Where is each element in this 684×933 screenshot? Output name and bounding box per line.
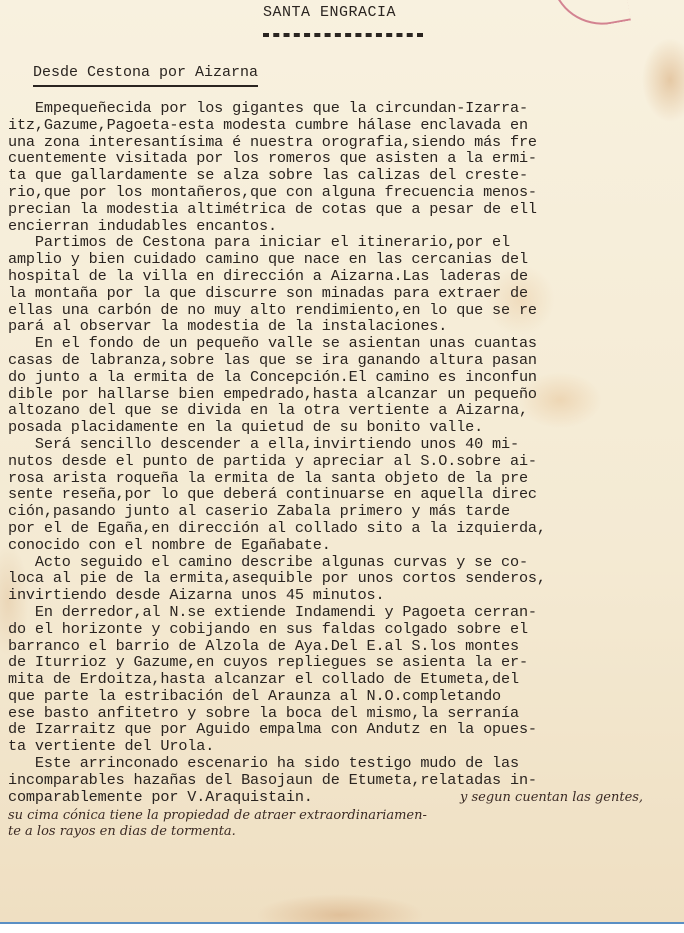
- text-line: mita de Erdoitza,hasta alcanzar el colla…: [8, 671, 684, 688]
- text-line: hospital de la villa en dirección a Aiza…: [8, 268, 684, 285]
- text-line: itz,Gazume,Pagoeta-esta modesta cumbre h…: [8, 117, 684, 134]
- text-line: rosa arista roqueña la ermita de la sant…: [8, 470, 684, 487]
- handwritten-line: te a los rayos en dias de tormenta.: [8, 824, 684, 840]
- text-line: invirtiendo desde Aizarna unos 45 minuto…: [8, 587, 684, 604]
- text-line: barranco el barrio de Alzola de Aya.Del …: [8, 638, 684, 655]
- text-line: nutos desde el punto de partida y apreci…: [8, 453, 684, 470]
- document-title: SANTA ENGRACIA: [263, 4, 396, 21]
- handwritten-inline-note: y segun cuentan las gentes,: [460, 790, 643, 805]
- text-line: dible por hallarse bien empedrado,hasta …: [8, 386, 684, 403]
- text-line: cuentemente visitada por los romeros que…: [8, 150, 684, 167]
- text-line: altozano del que se divida en la otra ve…: [8, 402, 684, 419]
- window-bottom-edge: [0, 922, 684, 933]
- text-line: posada placidamente en la quietud de su …: [8, 419, 684, 436]
- text-line: ellas una carbón de no muy alto rendimie…: [8, 302, 684, 319]
- text-line: amplio y bien cuidado camino que nace en…: [8, 251, 684, 268]
- ink-stamp-mark: [551, 0, 631, 33]
- text-line: pará al observar la modestia de la insta…: [8, 318, 684, 335]
- text-line: Será sencillo descender a ella,invirtien…: [8, 436, 684, 453]
- text-line: de Iturrioz y Gazume,en cuyos repliegues…: [8, 654, 684, 671]
- text-line: Este arrinconado escenario ha sido testi…: [8, 755, 684, 772]
- text-line: En derredor,al N.se extiende Indamendi y…: [8, 604, 684, 621]
- text-line: sente reseña,por lo que deberá continuar…: [8, 486, 684, 503]
- text-line: rio,que por los montañeros,que con algun…: [8, 184, 684, 201]
- title-underline-divider: [263, 33, 423, 37]
- scanned-page: SANTA ENGRACIA Desde Cestona por Aizarna…: [0, 0, 684, 922]
- handwritten-note: su cima cónica tiene la propiedad de atr…: [8, 808, 684, 840]
- text-line: Empequeñecida por los gigantes que la ci…: [8, 100, 684, 117]
- text-line: ese basto anfitetro y sobre la boca del …: [8, 705, 684, 722]
- text-line: casas de labranza,sobre las que se ira g…: [8, 352, 684, 369]
- text-line: do el horizonte y cobijando en sus falda…: [8, 621, 684, 638]
- text-line: encierran indudables encantos.: [8, 218, 684, 235]
- text-line: una zona interesantísima é nuestra orogr…: [8, 134, 684, 151]
- text-line: por el de Egaña,en dirección al collado …: [8, 520, 684, 537]
- text-line: ta vertiente del Urola.: [8, 738, 684, 755]
- text-line: loca al pie de la ermita,asequible por u…: [8, 570, 684, 587]
- typed-body-text: Empequeñecida por los gigantes que la ci…: [8, 100, 684, 805]
- text-line: Partimos de Cestona para iniciar el itin…: [8, 234, 684, 251]
- text-line: En el fondo de un pequeño valle se asien…: [8, 335, 684, 352]
- text-line: de Izarraitz que por Aguido empalma con …: [8, 721, 684, 738]
- text-line: conocido con el nombre de Egañabate.: [8, 537, 684, 554]
- text-line: incomparables hazañas del Basojaun de Et…: [8, 772, 684, 789]
- handwritten-line: su cima cónica tiene la propiedad de atr…: [8, 808, 684, 824]
- text-line: la montaña por la que discurre son minad…: [8, 285, 684, 302]
- text-line: Acto seguido el camino describe algunas …: [8, 554, 684, 571]
- text-line: ción,pasando junto al caserio Zabala pri…: [8, 503, 684, 520]
- text-line: ta que gallardamente se alza sobre las c…: [8, 167, 684, 184]
- document-subtitle: Desde Cestona por Aizarna: [33, 64, 258, 87]
- text-line: do junto a la ermita de la Concepción.El…: [8, 369, 684, 386]
- text-line: precian la modestia altimétrica de cotas…: [8, 201, 684, 218]
- text-line: que parte la estribación del Araunza al …: [8, 688, 684, 705]
